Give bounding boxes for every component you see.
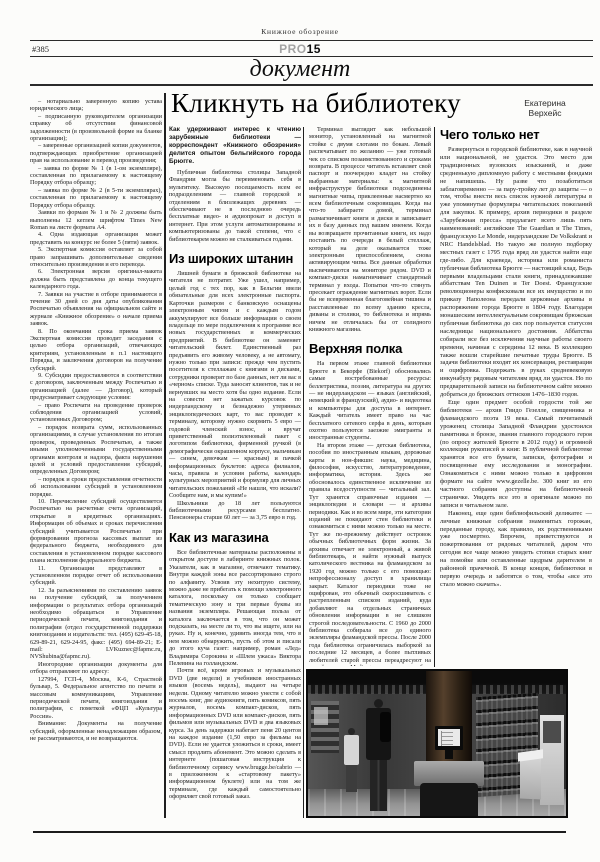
body-paragraph: 4. Одна издающая организация может предс… [30, 231, 162, 246]
legal-text-column: – нотариально заверенную копию устава юр… [30, 98, 162, 815]
article-column-3: Чего только нетРазвернуться в городской … [440, 126, 592, 666]
body-paragraph: 7. Заявки на участие в отборе принимаютс… [30, 291, 162, 328]
library-interior-photo [306, 669, 568, 818]
body-paragraph: Все библиотечные материалы расположены в… [169, 549, 301, 668]
body-paragraph: – порядок возврата сумм, использованных … [30, 424, 162, 476]
body-paragraph: 5. Экспертная комиссия оставляет за собо… [30, 246, 162, 268]
section-label: PRO15 [0, 42, 600, 56]
photo-monitor-stand [445, 750, 453, 759]
body-paragraph: – право Роспечати на проведение проверок… [30, 402, 162, 424]
photo-visitor-head [348, 728, 355, 735]
body-paragraph: Как удерживают интерес к чтению зарубежн… [169, 126, 301, 166]
body-paragraph: 6. Электронная версия оригинал-макета до… [30, 268, 162, 290]
body-paragraph: Почти всё, кроме игровых и музыкальных D… [169, 667, 301, 800]
body-paragraph: Школьники до 18 лет пользуются библиотеч… [169, 500, 301, 522]
body-paragraph: 10. Перечисление субсидий осуществляется… [30, 498, 162, 565]
photo-visitor-body [344, 735, 359, 765]
section-subhead: Чего только нет [440, 128, 592, 142]
body-paragraph: Еще один предмет особой гордости той же … [440, 399, 592, 510]
body-paragraph: – заявка по форме № 1 (в 1-ом экземпляре… [30, 165, 162, 187]
body-paragraph: 12. За разъяснениями по составлению заяв… [30, 587, 162, 661]
photo-pillar-base [420, 783, 478, 816]
column-divider-2 [303, 127, 304, 818]
photo-visitor-legs [370, 760, 387, 811]
body-paragraph: Заявки по формам № 1 и № 2 должны быть в… [30, 209, 162, 231]
section-subhead: Как из магазина [169, 531, 301, 545]
footer-rule [33, 831, 566, 833]
photo-terminal-screen [438, 729, 460, 746]
masthead-divider-bottom [30, 84, 593, 86]
article-headline: Кликнуть на библиотеку [171, 88, 516, 118]
column-divider-1 [164, 93, 166, 818]
body-paragraph: Терминал выглядит как небольшой монитор,… [309, 126, 431, 333]
photo-visitor-with-backpack [366, 699, 391, 811]
body-paragraph: – заверенные организацией копии документ… [30, 142, 162, 164]
photo-display-stand [520, 754, 541, 799]
article-byline: Екатерина Верхейс [503, 99, 587, 118]
article-column-1: Как удерживают интерес к чтению зарубежн… [169, 126, 301, 817]
masthead-divider-top [30, 40, 593, 41]
body-paragraph: Лишней бумаги в брюжской библиотеке на ч… [169, 270, 301, 500]
photo-visitor-legs [346, 765, 357, 792]
section-subhead: Из широких штанин [169, 252, 301, 266]
rubric-title: документ [0, 56, 600, 83]
article-column-2: Терминал выглядит как небольшой монитор,… [309, 126, 431, 666]
page-number: 15 [307, 42, 321, 56]
photo-shelf-sign [314, 707, 328, 725]
newspaper-name: Книжное обозрение [0, 27, 600, 36]
body-paragraph: 11. Организации представляют в установле… [30, 565, 162, 587]
body-paragraph: 127994, ГСП-4, Москва, К-6, Страстной бу… [30, 676, 162, 720]
photo-visitor-head [374, 699, 383, 708]
body-paragraph: На первом этаже главной библиотеки Брюгг… [309, 360, 431, 441]
body-paragraph: На втором этаже — детская библиотека, по… [309, 442, 431, 666]
body-paragraph: Развернуться в городской библиотеке, как… [440, 146, 592, 399]
body-paragraph: – нотариально заверенную копию устава юр… [30, 98, 162, 113]
section-subhead: Верхняя полка [309, 342, 431, 356]
column-divider-3 [434, 127, 435, 667]
body-paragraph: – подписанную руководителем организации … [30, 113, 162, 143]
body-paragraph: 9. Субсидии предоставляются в соответств… [30, 372, 162, 402]
photo-visitor-light-jacket [344, 728, 359, 792]
newspaper-page: Книжное обозрение #385 PRO15 документ Кл… [0, 0, 600, 862]
body-paragraph: – порядок и сроки предоставления отчетно… [30, 476, 162, 498]
body-paragraph: Наконец, еще один библиофильский деликат… [440, 510, 592, 589]
body-paragraph: Внимание: Документы на получение субсиди… [30, 720, 162, 742]
body-paragraph: 8. По окончании срока приема заявок Эксп… [30, 328, 162, 372]
body-paragraph: – заявка по форме № 2 (в 5-ти экземпляра… [30, 187, 162, 209]
body-paragraph: Иногородние организации документы для от… [30, 661, 162, 676]
author-last-name: Верхейс [503, 109, 587, 119]
photo-backpack [380, 712, 391, 742]
photo-kiosk-screen [543, 721, 561, 743]
body-paragraph: Публичная библиотека столицы Западной Фл… [169, 169, 301, 243]
section-pro-text: PRO [279, 42, 307, 56]
